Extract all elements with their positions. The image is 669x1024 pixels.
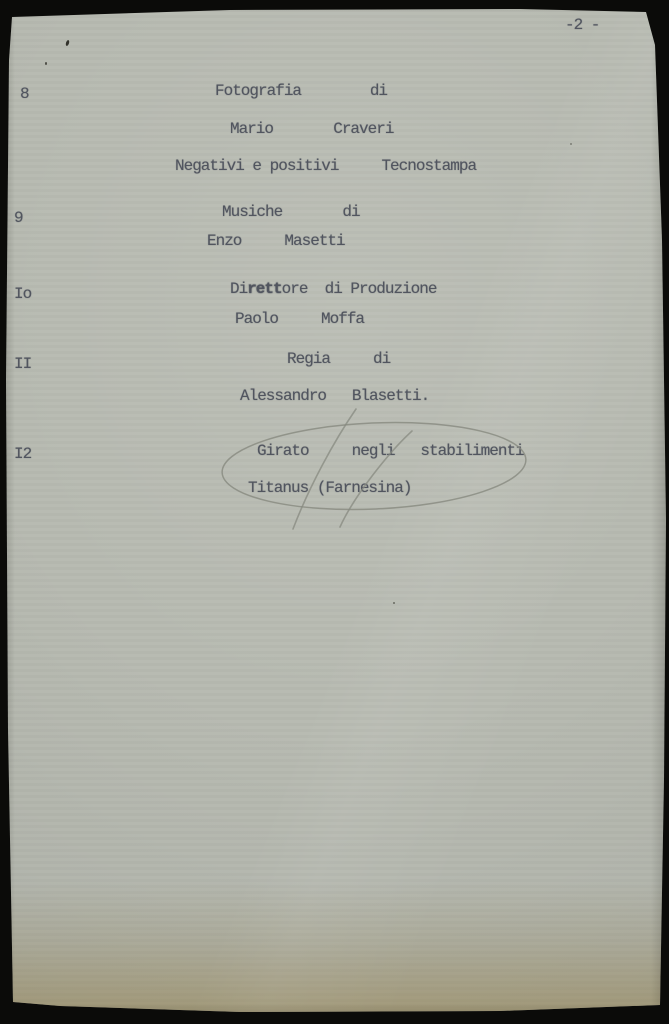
pencil-circle-annotation	[220, 416, 527, 515]
page-number: -2 -	[565, 17, 599, 33]
pencil-annotation	[0, 0, 669, 1024]
document-page: -2 - 8 9 Io II I2 Fotografia di Mario Cr…	[0, 0, 669, 1024]
credit-line-direttore-produzione: Direttore di Produzione	[230, 281, 436, 297]
margin-number-9: 9	[14, 210, 23, 226]
credit-line-musiche: Musiche di	[222, 204, 360, 220]
direttore-word-start: Di	[230, 280, 247, 298]
credit-line-girato-stabilimenti: Girato negli stabilimenti	[257, 443, 524, 459]
credit-line-paolo-moffa: Paolo Moffa	[235, 311, 364, 327]
ink-speck	[570, 143, 572, 145]
credit-line-alessandro-blasetti: Alessandro Blasetti.	[240, 388, 429, 404]
direttore-line-rest: di Produzione	[307, 280, 436, 298]
credit-line-negativi-positivi: Negativi e positivi Tecnostampa	[175, 158, 476, 174]
ink-speck	[45, 62, 47, 65]
margin-number-11: II	[14, 356, 31, 372]
credit-line-mario-craveri: Mario Craveri	[230, 121, 393, 137]
credit-line-fotografia: Fotografia di	[215, 83, 387, 99]
credit-line-enzo-masetti: Enzo Masetti	[207, 233, 345, 249]
ink-speck	[65, 40, 70, 47]
margin-number-8: 8	[20, 86, 29, 102]
scan-background: -2 - 8 9 Io II I2 Fotografia di Mario Cr…	[0, 0, 669, 1024]
ink-speck	[393, 602, 395, 604]
direttore-word-end: ore	[282, 280, 308, 298]
credit-line-regia: Regia di	[287, 351, 390, 367]
credit-line-titanus-farnesina: Titanus (Farnesina)	[248, 480, 411, 496]
direttore-word-overstrike: rett	[247, 280, 281, 298]
pencil-slash-left	[293, 409, 356, 529]
margin-number-12: I2	[14, 446, 31, 462]
margin-number-10: Io	[14, 286, 31, 302]
